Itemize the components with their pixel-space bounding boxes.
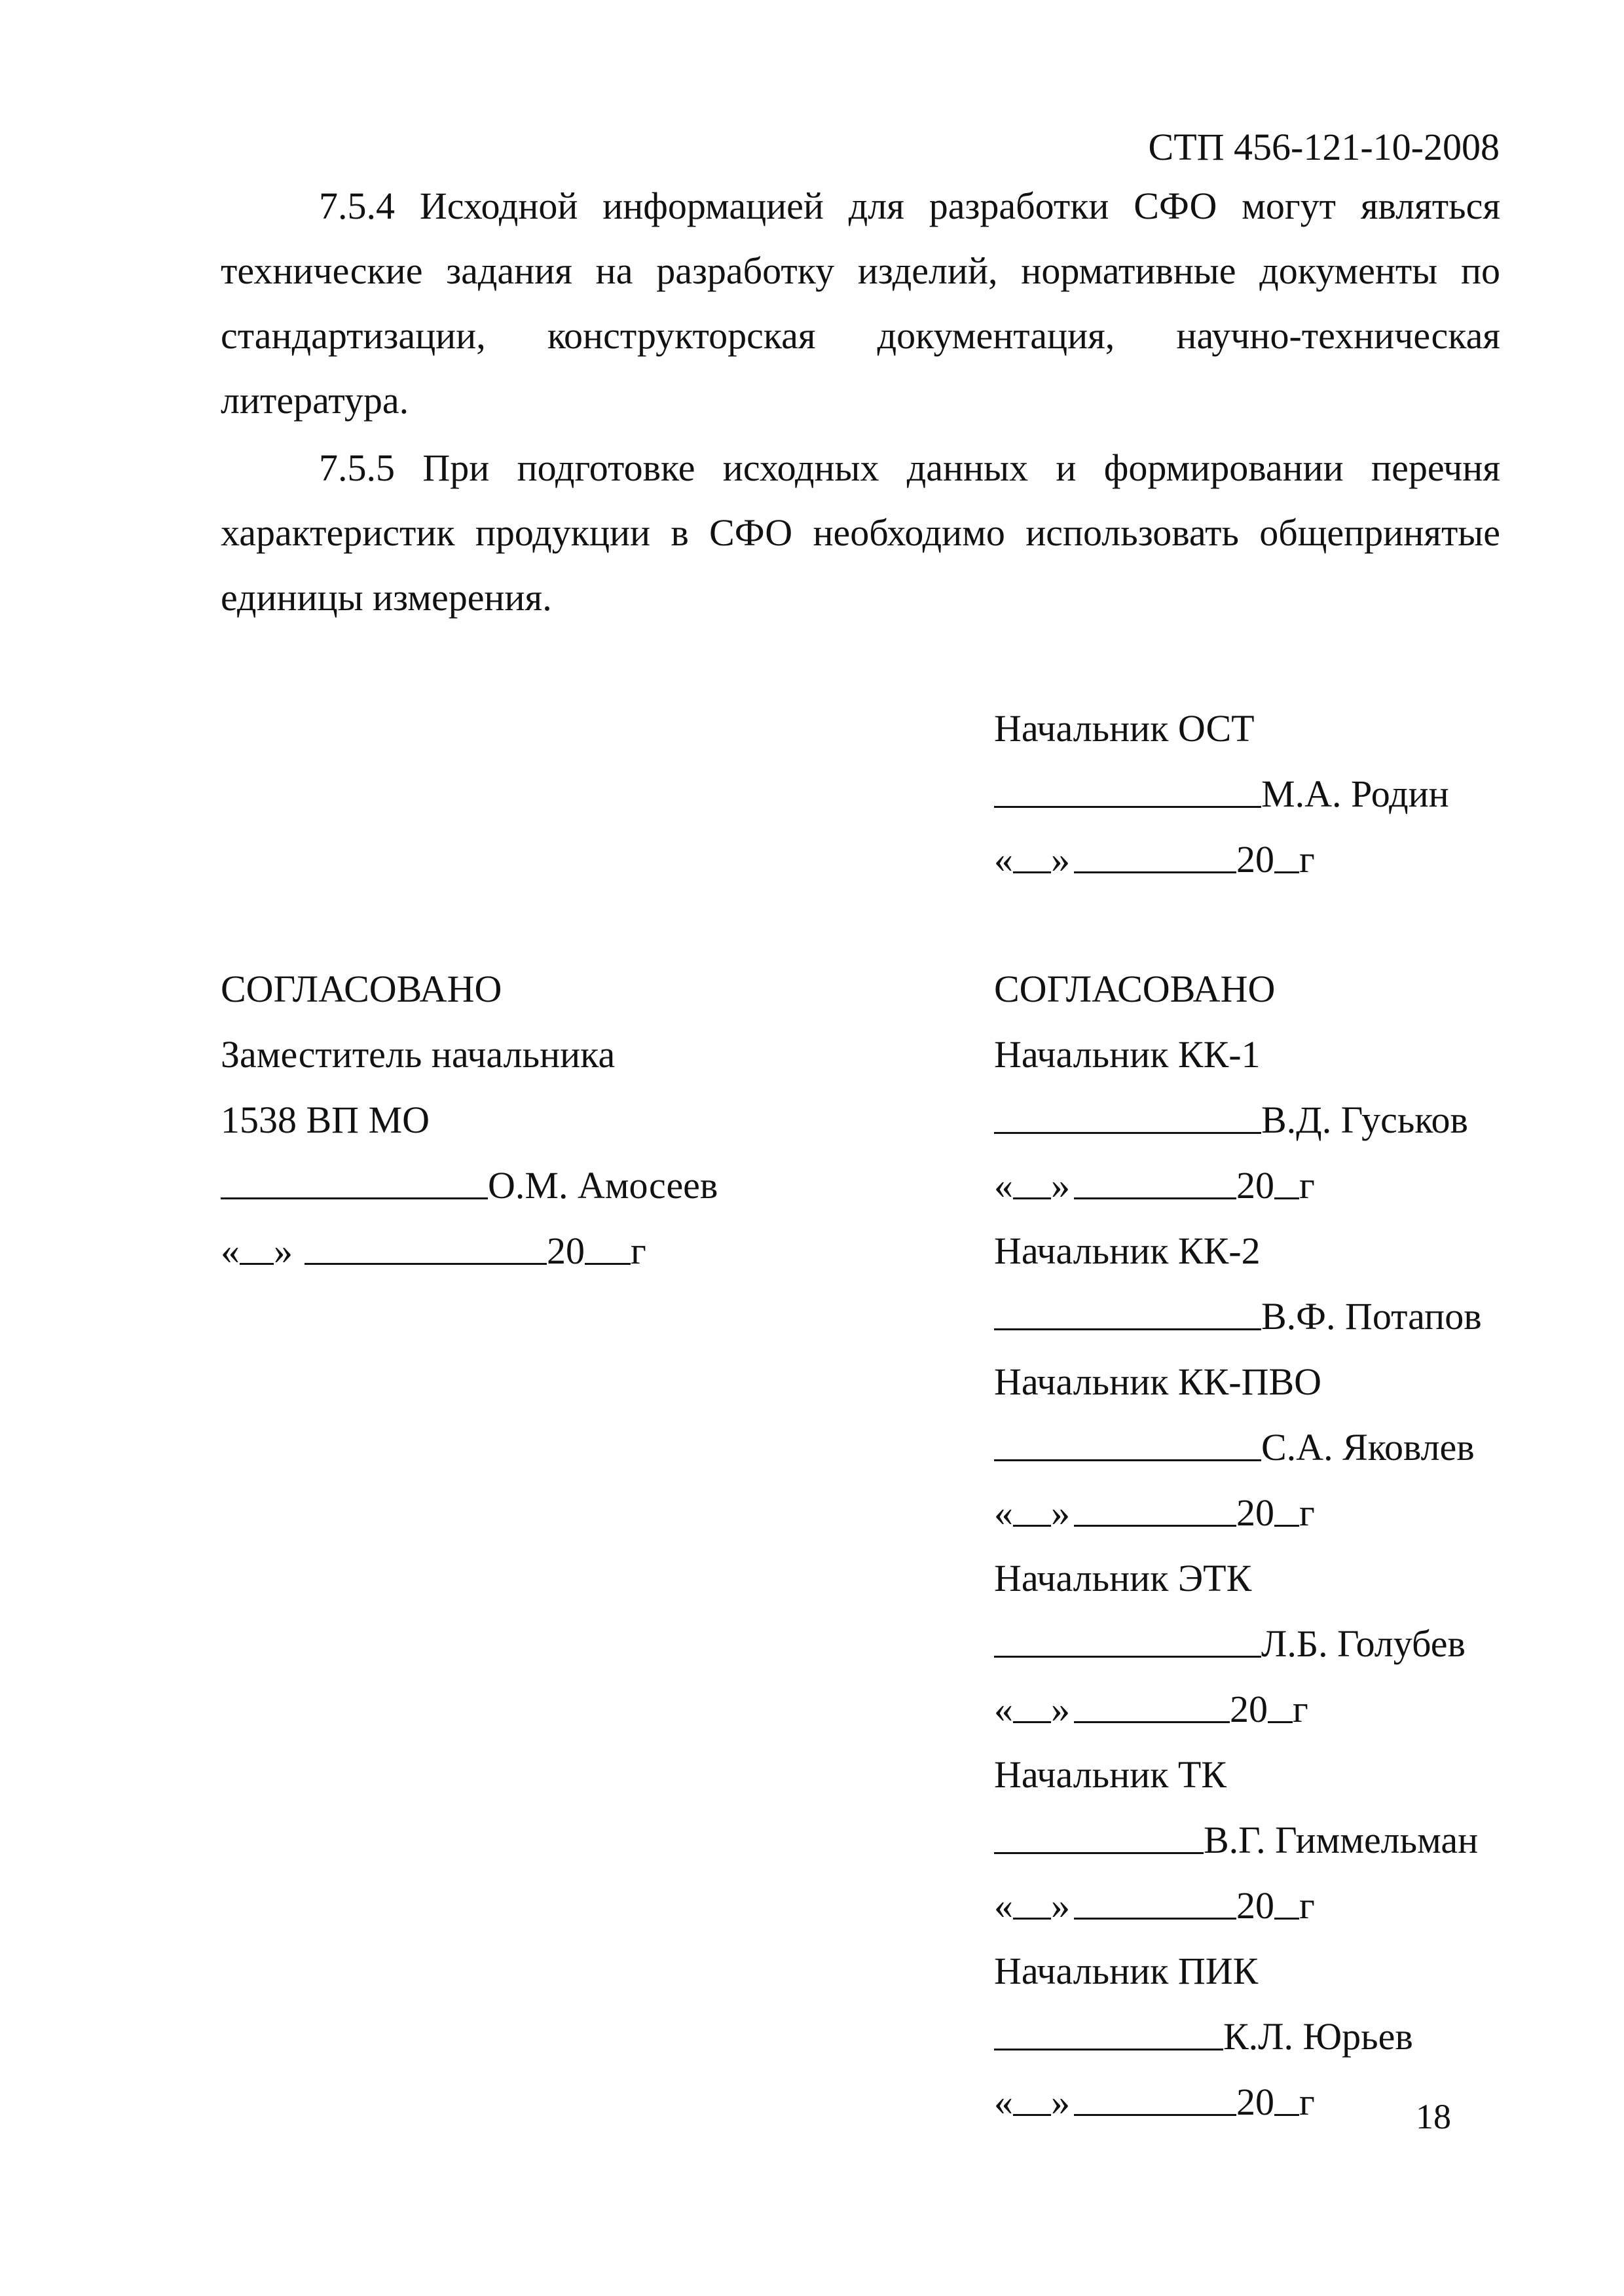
paragraph-line: литература. [221, 378, 1500, 424]
signature-blank[interactable] [994, 1656, 1261, 1658]
signatory-date-line: «»20г [994, 1163, 1315, 1209]
month-blank[interactable] [1074, 1197, 1236, 1199]
year-blank[interactable] [585, 1263, 631, 1265]
signature-blank[interactable] [994, 1852, 1204, 1854]
year-blank[interactable] [1274, 1525, 1299, 1527]
right-agreed-heading: СОГЛАСОВАНО [994, 966, 1275, 1012]
day-blank[interactable] [1013, 871, 1051, 873]
document-page: СТП 456-121-10-2008 7.5.4 Исходной инфор… [0, 0, 1624, 2296]
left-position-line1: Заместитель начальника [221, 1032, 615, 1078]
signatory-date-line: «»20г [994, 1686, 1308, 1732]
approval-name: М.А. Родин [1261, 773, 1449, 815]
signatory-signature-line: Л.Б. Голубев [994, 1621, 1466, 1667]
paragraph-line: технические задания на разработку издели… [221, 248, 1500, 294]
year-blank[interactable] [1274, 2114, 1299, 2116]
paragraph-line: стандартизации, конструкторская документ… [221, 313, 1500, 359]
signatory-title: Начальник КК-2 [994, 1228, 1261, 1274]
signatory-title: Начальник ЭТК [994, 1556, 1251, 1601]
page-number: 18 [1416, 2094, 1451, 2140]
paragraph-line: 7.5.4 Исходной информацией для разработк… [319, 183, 1500, 229]
document-code-header: СТП 456-121-10-2008 [1149, 124, 1500, 170]
signature-blank[interactable] [994, 1328, 1261, 1330]
left-agreed-heading: СОГЛАСОВАНО [221, 966, 502, 1012]
left-signature-line: О.М. Амосеев [221, 1163, 718, 1209]
left-position-line2: 1538 ВП МО [221, 1097, 430, 1143]
left-signatory-name: О.М. Амосеев [488, 1164, 718, 1207]
day-blank[interactable] [1013, 1197, 1051, 1199]
signature-blank[interactable] [994, 806, 1261, 808]
signatory-name: С.А. Яковлев [1261, 1426, 1475, 1468]
month-blank[interactable] [1074, 2114, 1236, 2116]
paragraph-line: 7.5.5 При подготовке исходных данных и ф… [319, 445, 1500, 491]
signatory-title: Начальник ПИК [994, 1948, 1258, 1994]
signatory-date-line: «»20г [994, 1883, 1315, 1929]
left-date-line: «»20г [221, 1228, 646, 1274]
month-blank[interactable] [1074, 1525, 1236, 1527]
signatory-name: Л.Б. Голубев [1261, 1622, 1466, 1665]
signatory-name: К.Л. Юрьев [1223, 2015, 1413, 2058]
year-blank[interactable] [1274, 871, 1299, 873]
signature-blank[interactable] [994, 2049, 1223, 2050]
signatory-date-line: «»20г [994, 2079, 1315, 2125]
signatory-title: Начальник КК-1 [994, 1032, 1261, 1078]
year-blank[interactable] [1274, 1197, 1299, 1199]
year-blank[interactable] [1268, 1721, 1293, 1723]
signatory-name: В.Г. Гиммельман [1204, 1819, 1478, 1861]
month-blank[interactable] [304, 1263, 547, 1265]
signatory-signature-line: В.Г. Гиммельман [994, 1817, 1478, 1863]
signature-blank[interactable] [221, 1197, 488, 1199]
day-blank[interactable] [1013, 1721, 1051, 1723]
year-blank[interactable] [1274, 1918, 1299, 1920]
day-blank[interactable] [1013, 1525, 1051, 1527]
signatory-signature-line: К.Л. Юрьев [994, 2014, 1413, 2060]
signatory-name: В.Д. Гуськов [1261, 1099, 1468, 1141]
day-blank[interactable] [240, 1263, 274, 1265]
day-blank[interactable] [1013, 1918, 1051, 1920]
month-blank[interactable] [1074, 1721, 1230, 1723]
signature-blank[interactable] [994, 1132, 1261, 1134]
paragraph-line: единицы измерения. [221, 575, 1500, 621]
approval-signature-line: М.А. Родин [994, 771, 1449, 817]
signatory-name: В.Ф. Потапов [1261, 1295, 1482, 1338]
signatory-signature-line: С.А. Яковлев [994, 1425, 1475, 1470]
approval-date-line: «»20г [994, 837, 1315, 883]
signatory-title: Начальник ТК [994, 1752, 1227, 1798]
signature-blank[interactable] [994, 1459, 1261, 1461]
signatory-title: Начальник КК-ПВО [994, 1359, 1321, 1405]
signatory-signature-line: В.Д. Гуськов [994, 1097, 1468, 1143]
signatory-date-line: «»20г [994, 1490, 1315, 1536]
signatory-signature-line: В.Ф. Потапов [994, 1294, 1482, 1339]
day-blank[interactable] [1013, 2114, 1051, 2116]
month-blank[interactable] [1074, 1918, 1236, 1920]
month-blank[interactable] [1074, 871, 1236, 873]
paragraph-line: характеристик продукции в СФО необходимо… [221, 510, 1500, 556]
approval-title: Начальник ОСТ [994, 706, 1255, 752]
